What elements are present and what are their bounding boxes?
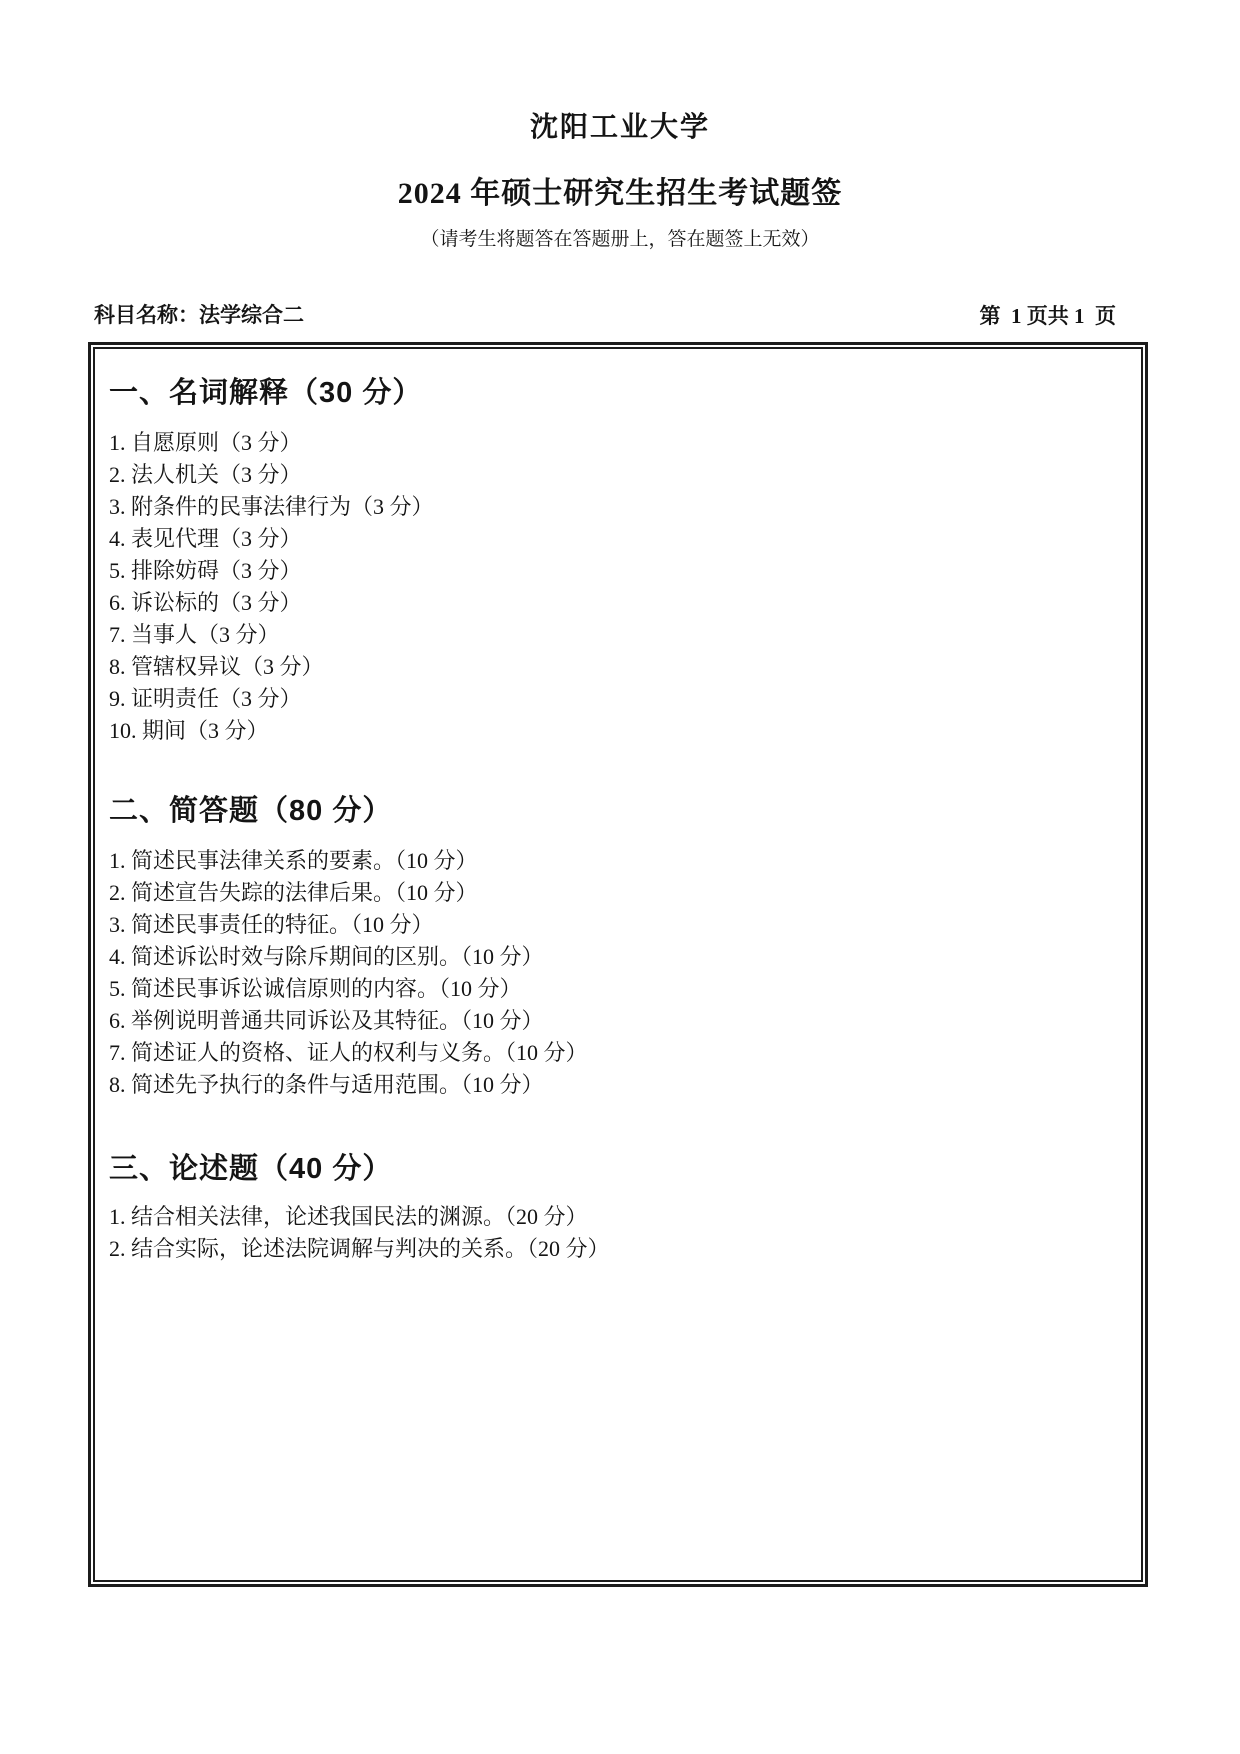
- question-box: 一、名词解释（30 分） 1. 自愿原则（3 分） 2. 法人机关（3 分） 3…: [93, 347, 1143, 1582]
- question-item: 2. 简述宣告失踪的法律后果。（10 分）: [109, 877, 1121, 909]
- subject-name-label: 科目名称：法学综合二: [94, 302, 304, 330]
- section-1-heading: 一、名词解释（30 分）: [109, 375, 1121, 411]
- question-item: 3. 简述民事责任的特征。（10 分）: [109, 909, 1121, 941]
- question-box-border: 一、名词解释（30 分） 1. 自愿原则（3 分） 2. 法人机关（3 分） 3…: [88, 342, 1148, 1587]
- section-1-items: 1. 自愿原则（3 分） 2. 法人机关（3 分） 3. 附条件的民事法律行为（…: [109, 427, 1121, 747]
- section-essay: 三、论述题（40 分） 1. 结合相关法律，论述我国民法的渊源。（20 分） 2…: [109, 1151, 1121, 1265]
- exam-paper-page: 沈阳工业大学 2024 年硕士研究生招生考试题签 （请考生将题答在答题册上，答在…: [0, 0, 1240, 1754]
- question-item: 8. 简述先予执行的条件与适用范围。（10 分）: [109, 1069, 1121, 1101]
- question-item: 7. 简述证人的资格、证人的权利与义务。（10 分）: [109, 1037, 1121, 1069]
- section-2-heading: 二、简答题（80 分）: [109, 793, 1121, 829]
- subject-row: 科目名称：法学综合二 第 1 页共 1 页: [88, 302, 1148, 330]
- question-item: 8. 管辖权异议（3 分）: [109, 651, 1121, 683]
- section-term-definitions: 一、名词解释（30 分） 1. 自愿原则（3 分） 2. 法人机关（3 分） 3…: [109, 375, 1121, 747]
- question-item: 6. 举例说明普通共同诉讼及其特征。（10 分）: [109, 1005, 1121, 1037]
- question-item: 9. 证明责任（3 分）: [109, 683, 1121, 715]
- section-short-answer: 二、简答题（80 分） 1. 简述民事法律关系的要素。（10 分） 2. 简述宣…: [109, 793, 1121, 1101]
- question-item: 3. 附条件的民事法律行为（3 分）: [109, 491, 1121, 523]
- question-item: 1. 简述民事法律关系的要素。（10 分）: [109, 845, 1121, 877]
- question-item: 6. 诉讼标的（3 分）: [109, 587, 1121, 619]
- section-3-heading: 三、论述题（40 分）: [109, 1151, 1121, 1187]
- question-item: 4. 表见代理（3 分）: [109, 523, 1121, 555]
- question-item: 5. 排除妨碍（3 分）: [109, 555, 1121, 587]
- exam-title: 2024 年硕士研究生招生考试题签: [0, 176, 1240, 212]
- question-item: 2. 结合实际，论述法院调解与判决的关系。（20 分）: [109, 1233, 1121, 1265]
- question-item: 1. 结合相关法律，论述我国民法的渊源。（20 分）: [109, 1201, 1121, 1233]
- question-item: 4. 简述诉讼时效与除斥期间的区别。（10 分）: [109, 941, 1121, 973]
- page-number: 第 1 页共 1 页: [980, 302, 1149, 330]
- question-item: 7. 当事人（3 分）: [109, 619, 1121, 651]
- section-2-items: 1. 简述民事法律关系的要素。（10 分） 2. 简述宣告失踪的法律后果。（10…: [109, 845, 1121, 1101]
- section-3-items: 1. 结合相关法律，论述我国民法的渊源。（20 分） 2. 结合实际，论述法院调…: [109, 1201, 1121, 1265]
- content-area: 科目名称：法学综合二 第 1 页共 1 页 一、名词解释（30 分） 1. 自愿…: [88, 302, 1148, 1587]
- university-name: 沈阳工业大学: [0, 112, 1240, 144]
- question-item: 10. 期间（3 分）: [109, 715, 1121, 747]
- question-item: 5. 简述民事诉讼诚信原则的内容。（10 分）: [109, 973, 1121, 1005]
- question-item: 1. 自愿原则（3 分）: [109, 427, 1121, 459]
- answer-notice: （请考生将题答在答题册上，答在题签上无效）: [0, 228, 1240, 252]
- question-item: 2. 法人机关（3 分）: [109, 459, 1121, 491]
